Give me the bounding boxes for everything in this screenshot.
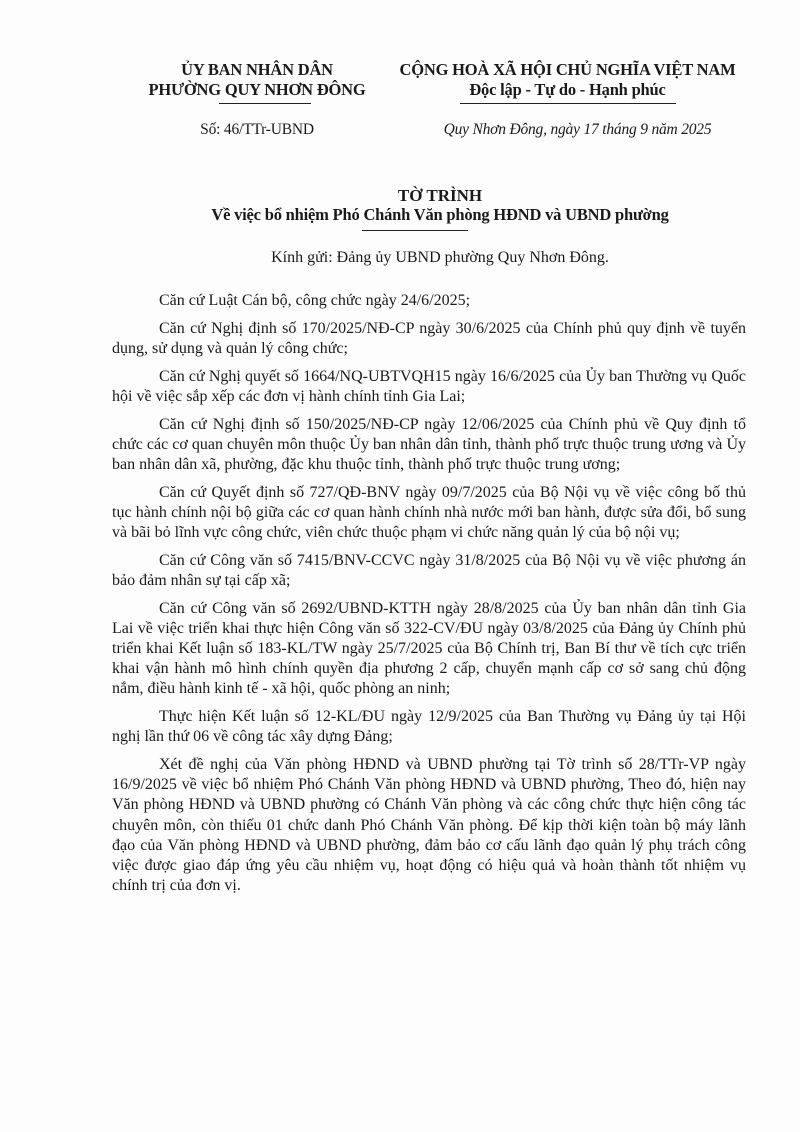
body-paragraph: Căn cứ Luật Cán bộ, công chức ngày 24/6/… [112, 291, 746, 311]
place-and-date: Quy Nhơn Đông, ngày 17 tháng 9 năm 2025 [390, 120, 765, 140]
national-motto: Độc lập - Tự do - Hạnh phúc [380, 80, 755, 100]
document-subject: Về việc bổ nhiệm Phó Chánh Văn phòng HĐN… [120, 205, 760, 225]
agency-underline [219, 103, 311, 104]
subject-underline [362, 230, 468, 231]
national-header-block: CỘNG HOÀ XÃ HỘI CHỦ NGHĨA VIỆT NAM Độc l… [380, 60, 755, 140]
document-page: ỦY BAN NHÂN DÂN PHƯỜNG QUY NHƠN ĐÔNG Số:… [0, 0, 800, 1132]
body-paragraph: Thực hiện Kết luận số 12-KL/ĐU ngày 12/9… [112, 707, 746, 747]
body-paragraph: Căn cứ Nghị định số 170/2025/NĐ-CP ngày … [112, 319, 746, 359]
body-paragraph: Căn cứ Nghị định số 150/2025/NĐ-CP ngày … [112, 415, 746, 476]
body-paragraph: Căn cứ Nghị quyết số 1664/NQ-UBTVQH15 ng… [112, 367, 746, 407]
recipient-line: Kính gửi: Đảng ủy UBND phường Quy Nhơn Đ… [150, 248, 730, 268]
motto-underline [460, 103, 676, 104]
document-type-title: TỜ TRÌNH [150, 186, 730, 206]
body-paragraph: Căn cứ Quyết định số 727/QĐ-BNV ngày 09/… [112, 483, 746, 544]
agency-line-2: PHƯỜNG QUY NHƠN ĐÔNG [122, 80, 392, 100]
body-paragraph: Căn cứ Công văn số 7415/BNV-CCVC ngày 31… [112, 551, 746, 591]
document-number: Số: 46/TTr-UBND [122, 120, 392, 140]
issuing-agency-block: ỦY BAN NHÂN DÂN PHƯỜNG QUY NHƠN ĐÔNG Số:… [122, 60, 392, 140]
document-body: Căn cứ Luật Cán bộ, công chức ngày 24/6/… [112, 291, 746, 904]
agency-line-1: ỦY BAN NHÂN DÂN [122, 60, 392, 80]
body-paragraph: Xét đề nghị của Văn phòng HĐND và UBND p… [112, 755, 746, 896]
nation-name: CỘNG HOÀ XÃ HỘI CHỦ NGHĨA VIỆT NAM [380, 60, 755, 80]
body-paragraph: Căn cứ Công văn số 2692/UBND-KTTH ngày 2… [112, 599, 746, 700]
